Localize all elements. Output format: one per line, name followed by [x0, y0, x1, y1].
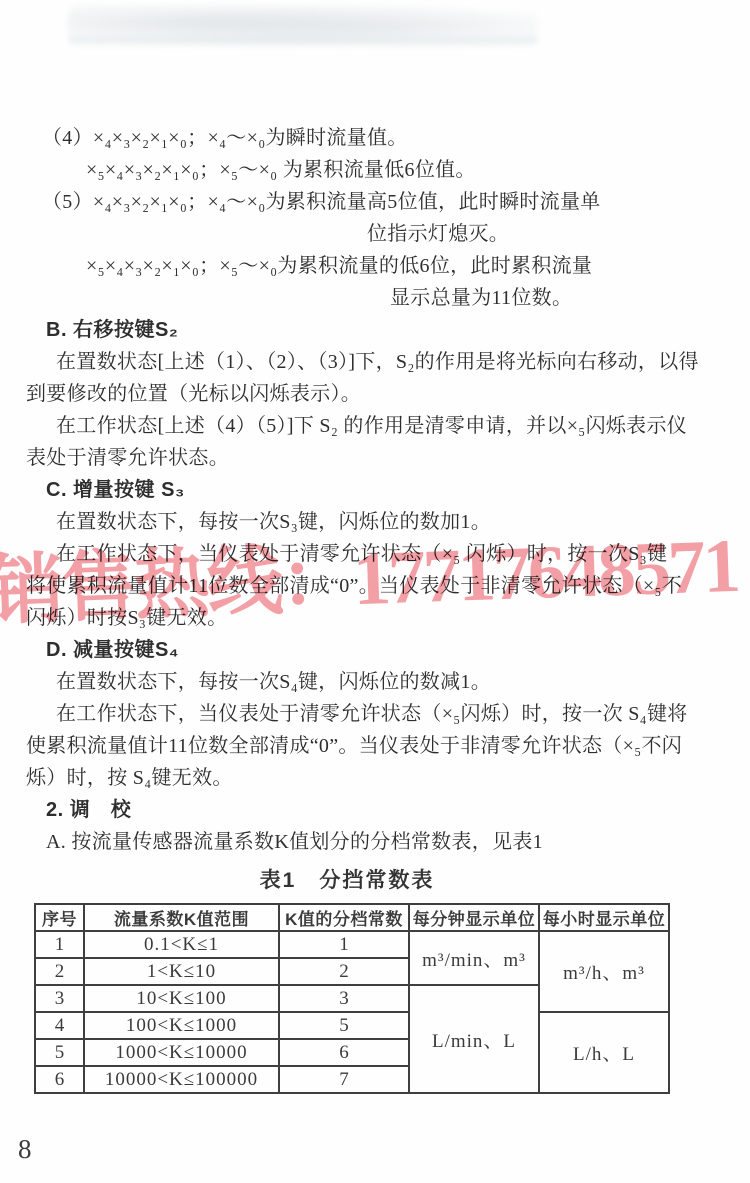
cell-k-range: 1000<K≤10000: [84, 1039, 279, 1066]
section-heading-c: C. 增量按键 S₃: [26, 474, 744, 506]
text-line: 在工作状态下，当仪表处于清零允许状态（×₅ 闪烁）时，按一次S₃键: [26, 538, 744, 570]
text-line-a-intro: A. 按流量传感器流量系数K值划分的分档常数表，见表1: [26, 826, 744, 858]
text-line-item5-wrap: 位指示灯熄灭。: [26, 218, 744, 250]
cell-k-range: 0.1<K≤1: [84, 931, 279, 958]
text-line: 烁）时，按 S₄键无效。: [26, 762, 744, 794]
text-line: 闪烁）时按S₃键无效。: [26, 602, 744, 634]
section-heading-d: D. 减量按键S₄: [26, 634, 744, 666]
page-number: 8: [18, 1134, 32, 1165]
cell-index: 6: [35, 1066, 84, 1093]
manual-body-text: （4）×₄×₃×₂×₁×₀；×₄～×₀为瞬时流量值。 ×₅×₄×₃×₂×₁×₀；…: [0, 0, 750, 1094]
constants-table: 序号 流量系数K值范围 K值的分档常数 每分钟显示单位 每小时显示单位 1 0.…: [34, 903, 670, 1094]
table-title: 表1 分挡常数表: [26, 866, 668, 896]
text-line: 到要修改的位置（光标以闪烁表示）。: [26, 378, 744, 410]
cell-k-constant: 1: [279, 931, 409, 958]
cell-k-constant: 2: [279, 958, 409, 985]
cell-k-range: 1<K≤10: [84, 958, 279, 985]
section-heading-b: B. 右移按键S₂: [26, 314, 744, 346]
text-line: 在工作状态下，当仪表处于清零允许状态（×₅闪烁）时，按一次 S₄键将: [26, 698, 744, 730]
text-line-item4: （4）×₄×₃×₂×₁×₀；×₄～×₀为瞬时流量值。: [26, 122, 744, 154]
text-line: 表处于清零允许状态。: [26, 442, 744, 474]
text-line: 使累积流量值计11位数全部清成“0”。当仪表处于非清零允许状态（×₅不闪: [26, 730, 744, 762]
text-line-item5-wrap2: 显示总量为11位数。: [26, 282, 744, 314]
col-header-index: 序号: [35, 904, 84, 931]
cell-k-constant: 7: [279, 1066, 409, 1093]
text-line: 将使累积流量值计11位数全部清成“0”。当仪表处于非清零允许状态（×₅不: [26, 570, 744, 602]
cell-k-constant: 6: [279, 1039, 409, 1066]
section-heading-2-tiaojiao: 2. 调 校: [26, 794, 744, 826]
col-header-k-range: 流量系数K值范围: [84, 904, 279, 931]
text-line: 在置数状态下，每按一次S₃键，闪烁位的数加1。: [26, 506, 744, 538]
cell-k-range: 10000<K≤100000: [84, 1066, 279, 1093]
text-line: 在置数状态下，每按一次S₄键，闪烁位的数减1。: [26, 666, 744, 698]
col-header-minute-unit: 每分钟显示单位: [409, 904, 539, 931]
cell-k-range: 10<K≤100: [84, 985, 279, 1012]
table-row: 1 0.1<K≤1 1 m³/min、m³ m³/h、m³: [35, 931, 669, 958]
cell-hour-unit-m3: m³/h、m³: [539, 931, 669, 1012]
cell-k-range: 100<K≤1000: [84, 1012, 279, 1039]
col-header-hour-unit: 每小时显示单位: [539, 904, 669, 931]
text-line-item5-cont: ×₅×₄×₃×₂×₁×₀；×₅～×₀为累积流量的低6位，此时累积流量: [26, 250, 744, 282]
cell-k-constant: 3: [279, 985, 409, 1012]
cell-minute-unit-m3: m³/min、m³: [409, 931, 539, 985]
text-line: 在工作状态[上述（4）（5）]下 S₂ 的作用是清零申请，并以×₅闪烁表示仪: [26, 410, 744, 442]
cell-index: 2: [35, 958, 84, 985]
table-row: 4 100<K≤1000 5 L/h、L: [35, 1012, 669, 1039]
col-header-k-constant: K值的分档常数: [279, 904, 409, 931]
cell-index: 5: [35, 1039, 84, 1066]
text-line-item5: （5）×₄×₃×₂×₁×₀；×₄～×₀为累积流量高5位值，此时瞬时流量单: [26, 186, 744, 218]
scanned-manual-page: （4）×₄×₃×₂×₁×₀；×₄～×₀为瞬时流量值。 ×₅×₄×₃×₂×₁×₀；…: [0, 0, 750, 1183]
cell-index: 1: [35, 931, 84, 958]
text-line-item4-cont: ×₅×₄×₃×₂×₁×₀；×₅～×₀ 为累积流量低6位值。: [26, 154, 744, 186]
cell-hour-unit-l: L/h、L: [539, 1012, 669, 1093]
text-line: 在置数状态[上述（1）、（2）、（3）]下，S₂的作用是将光标向右移动，以得: [26, 346, 744, 378]
cell-index: 3: [35, 985, 84, 1012]
table-header-row: 序号 流量系数K值范围 K值的分档常数 每分钟显示单位 每小时显示单位: [35, 904, 669, 931]
cell-index: 4: [35, 1012, 84, 1039]
cell-minute-unit-l: L/min、L: [409, 985, 539, 1093]
cell-k-constant: 5: [279, 1012, 409, 1039]
